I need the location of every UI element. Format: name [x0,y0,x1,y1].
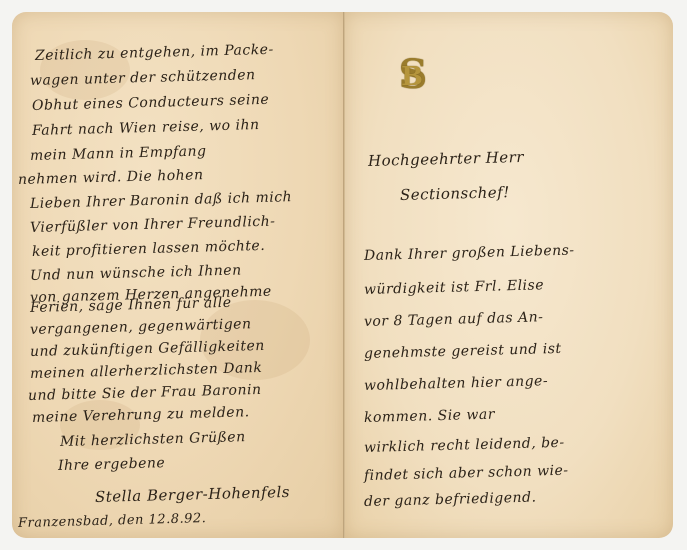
gold-monogram-icon: SB [391,52,435,98]
left-line-19: Ihre ergebene [58,455,166,474]
salutation-line-2: Sectionschef! [400,183,510,204]
right-line-6: kommen. Sie war [364,407,495,426]
page-fold [343,12,345,538]
